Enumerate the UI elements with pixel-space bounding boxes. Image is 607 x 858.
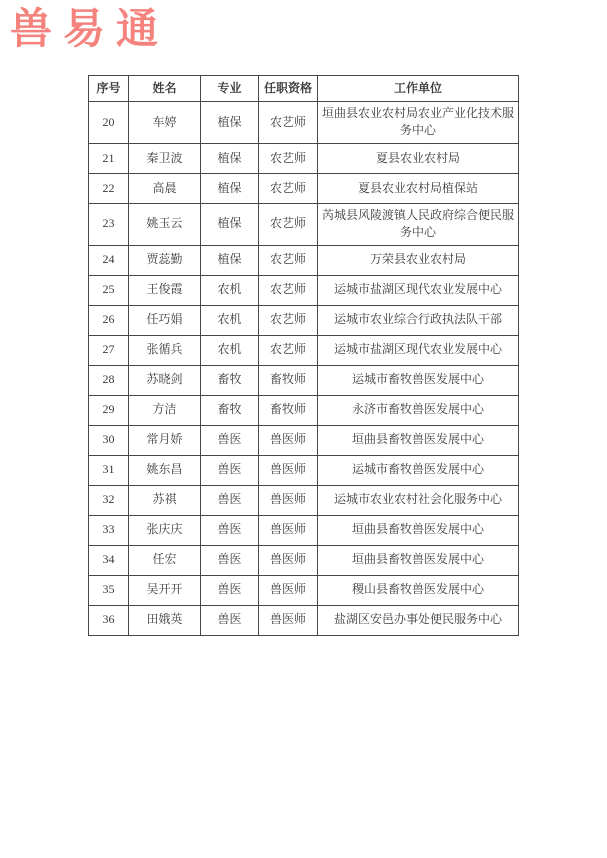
cell-qualification: 畜牧师	[259, 395, 318, 425]
cell-qualification: 兽医师	[259, 515, 318, 545]
header-cell-name: 姓名	[129, 76, 201, 102]
table-row: 27张循兵农机农艺师运城市盐湖区现代农业发展中心	[89, 335, 519, 365]
cell-unit: 运城市农业综合行政执法队干部	[318, 305, 519, 335]
cell-major: 植保	[201, 143, 259, 173]
cell-major: 农机	[201, 335, 259, 365]
cell-major: 植保	[201, 203, 259, 245]
cell-name: 苏晓剑	[129, 365, 201, 395]
cell-major: 植保	[201, 102, 259, 144]
table-header-row: 序号 姓名 专业 任职资格 工作单位	[89, 76, 519, 102]
cell-name: 任宏	[129, 545, 201, 575]
cell-name: 方洁	[129, 395, 201, 425]
cell-name: 吴开开	[129, 575, 201, 605]
cell-unit: 垣曲县畜牧兽医发展中心	[318, 545, 519, 575]
cell-unit: 芮城县风陵渡镇人民政府综合便民服务中心	[318, 203, 519, 245]
cell-qualification: 兽医师	[259, 545, 318, 575]
cell-index: 23	[89, 203, 129, 245]
table-row: 29方洁畜牧畜牧师永济市畜牧兽医发展中心	[89, 395, 519, 425]
cell-index: 21	[89, 143, 129, 173]
cell-index: 32	[89, 485, 129, 515]
cell-index: 24	[89, 245, 129, 275]
cell-name: 高晨	[129, 173, 201, 203]
cell-qualification: 兽医师	[259, 485, 318, 515]
cell-unit: 稷山县畜牧兽医发展中心	[318, 575, 519, 605]
cell-index: 20	[89, 102, 129, 144]
cell-unit: 盐湖区安邑办事处便民服务中心	[318, 605, 519, 635]
cell-qualification: 农艺师	[259, 245, 318, 275]
header-cell-major: 专业	[201, 76, 259, 102]
header-cell-qualification: 任职资格	[259, 76, 318, 102]
cell-major: 兽医	[201, 545, 259, 575]
cell-qualification: 农艺师	[259, 143, 318, 173]
cell-unit: 永济市畜牧兽医发展中心	[318, 395, 519, 425]
cell-unit: 夏县农业农村局	[318, 143, 519, 173]
cell-index: 30	[89, 425, 129, 455]
cell-name: 常月娇	[129, 425, 201, 455]
cell-unit: 运城市畜牧兽医发展中心	[318, 455, 519, 485]
cell-major: 兽医	[201, 485, 259, 515]
cell-unit: 夏县农业农村局植保站	[318, 173, 519, 203]
cell-qualification: 兽医师	[259, 425, 318, 455]
table-row: 28苏晓剑畜牧畜牧师运城市畜牧兽医发展中心	[89, 365, 519, 395]
cell-unit: 垣曲县畜牧兽医发展中心	[318, 425, 519, 455]
cell-major: 兽医	[201, 425, 259, 455]
cell-index: 35	[89, 575, 129, 605]
cell-major: 畜牧	[201, 395, 259, 425]
table-row: 24贾蕊勤植保农艺师万荣县农业农村局	[89, 245, 519, 275]
cell-index: 34	[89, 545, 129, 575]
cell-major: 兽医	[201, 575, 259, 605]
cell-name: 张循兵	[129, 335, 201, 365]
cell-unit: 运城市盐湖区现代农业发展中心	[318, 335, 519, 365]
cell-qualification: 畜牧师	[259, 365, 318, 395]
cell-unit: 运城市农业农村社会化服务中心	[318, 485, 519, 515]
header-cell-unit: 工作单位	[318, 76, 519, 102]
table-row: 23姚玉云植保农艺师芮城县风陵渡镇人民政府综合便民服务中心	[89, 203, 519, 245]
cell-unit: 运城市畜牧兽医发展中心	[318, 365, 519, 395]
cell-index: 29	[89, 395, 129, 425]
cell-qualification: 农艺师	[259, 305, 318, 335]
table-row: 33张庆庆兽医兽医师垣曲县畜牧兽医发展中心	[89, 515, 519, 545]
table-row: 20车婷植保农艺师垣曲县农业农村局农业产业化技术服务中心	[89, 102, 519, 144]
cell-index: 36	[89, 605, 129, 635]
cell-major: 农机	[201, 305, 259, 335]
cell-major: 畜牧	[201, 365, 259, 395]
cell-qualification: 兽医师	[259, 455, 318, 485]
cell-major: 农机	[201, 275, 259, 305]
cell-name: 王俊霞	[129, 275, 201, 305]
cell-name: 贾蕊勤	[129, 245, 201, 275]
table-row: 26任巧娟农机农艺师运城市农业综合行政执法队干部	[89, 305, 519, 335]
cell-index: 28	[89, 365, 129, 395]
cell-major: 兽医	[201, 605, 259, 635]
header-cell-index: 序号	[89, 76, 129, 102]
cell-name: 姚玉云	[129, 203, 201, 245]
cell-name: 姚东昌	[129, 455, 201, 485]
cell-qualification: 农艺师	[259, 335, 318, 365]
table-row: 25王俊霞农机农艺师运城市盐湖区现代农业发展中心	[89, 275, 519, 305]
table-row: 30常月娇兽医兽医师垣曲县畜牧兽医发展中心	[89, 425, 519, 455]
cell-index: 27	[89, 335, 129, 365]
cell-index: 33	[89, 515, 129, 545]
table-row: 34任宏兽医兽医师垣曲县畜牧兽医发展中心	[89, 545, 519, 575]
cell-major: 兽医	[201, 515, 259, 545]
table-row: 36田娥英兽医兽医师盐湖区安邑办事处便民服务中心	[89, 605, 519, 635]
cell-qualification: 兽医师	[259, 605, 318, 635]
cell-name: 张庆庆	[129, 515, 201, 545]
cell-name: 车婷	[129, 102, 201, 144]
cell-index: 31	[89, 455, 129, 485]
cell-major: 兽医	[201, 455, 259, 485]
cell-qualification: 农艺师	[259, 203, 318, 245]
cell-major: 植保	[201, 245, 259, 275]
cell-major: 植保	[201, 173, 259, 203]
table-row: 31姚东昌兽医兽医师运城市畜牧兽医发展中心	[89, 455, 519, 485]
cell-name: 田娥英	[129, 605, 201, 635]
cell-qualification: 农艺师	[259, 102, 318, 144]
cell-unit: 垣曲县农业农村局农业产业化技术服务中心	[318, 102, 519, 144]
personnel-table: 序号 姓名 专业 任职资格 工作单位 20车婷植保农艺师垣曲县农业农村局农业产业…	[88, 75, 519, 636]
cell-name: 秦卫波	[129, 143, 201, 173]
table-body: 20车婷植保农艺师垣曲县农业农村局农业产业化技术服务中心21秦卫波植保农艺师夏县…	[89, 102, 519, 636]
cell-index: 22	[89, 173, 129, 203]
cell-unit: 垣曲县畜牧兽医发展中心	[318, 515, 519, 545]
cell-unit: 运城市盐湖区现代农业发展中心	[318, 275, 519, 305]
cell-qualification: 农艺师	[259, 173, 318, 203]
document-page: 兽易通 序号 姓名 专业 任职资格 工作单位 20车婷植保农艺师垣曲县农业农村局…	[0, 0, 607, 858]
table-row: 35吴开开兽医兽医师稷山县畜牧兽医发展中心	[89, 575, 519, 605]
cell-unit: 万荣县农业农村局	[318, 245, 519, 275]
table-row: 22高晨植保农艺师夏县农业农村局植保站	[89, 173, 519, 203]
cell-qualification: 农艺师	[259, 275, 318, 305]
cell-index: 26	[89, 305, 129, 335]
table-row: 21秦卫波植保农艺师夏县农业农村局	[89, 143, 519, 173]
cell-qualification: 兽医师	[259, 575, 318, 605]
cell-name: 任巧娟	[129, 305, 201, 335]
table-row: 32苏祺兽医兽医师运城市农业农村社会化服务中心	[89, 485, 519, 515]
site-logo: 兽易通	[10, 0, 169, 56]
cell-name: 苏祺	[129, 485, 201, 515]
cell-index: 25	[89, 275, 129, 305]
